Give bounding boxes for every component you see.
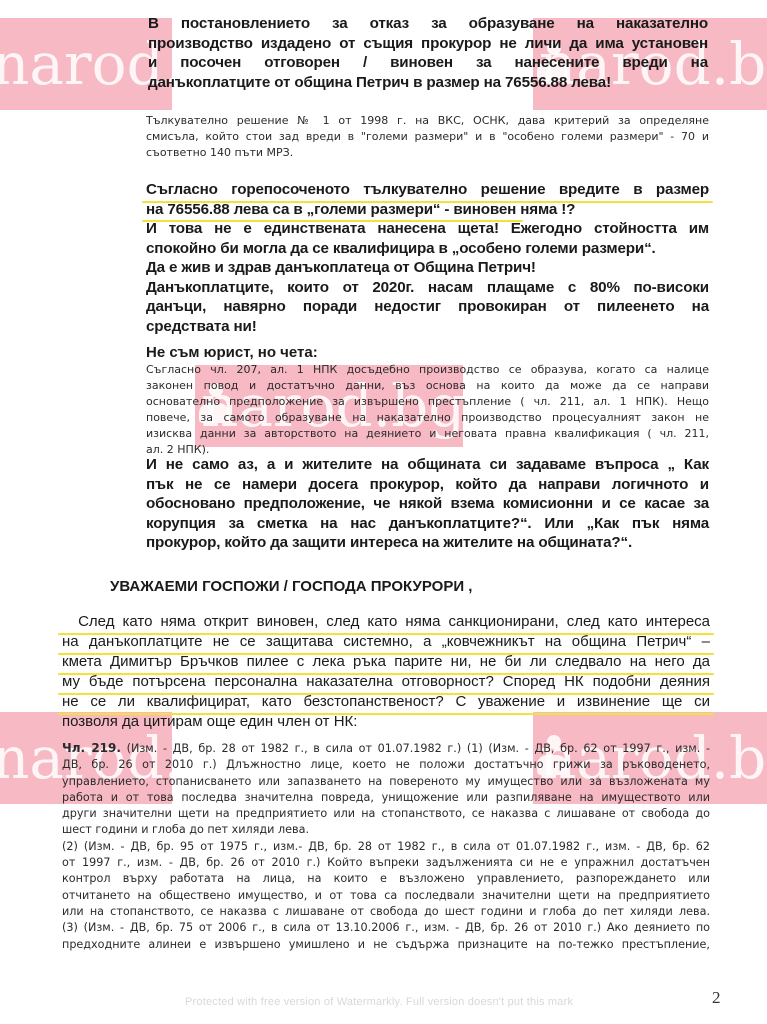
text-line: корупция за сметка на нас данъкоплатците… (146, 514, 709, 534)
highlighted-line: Съгласно горепосоченото тълкувателно реш… (146, 180, 709, 200)
text-line: други значителни щети на предприятието и… (62, 806, 710, 822)
text-line: прокурор, който да защити интереса на жи… (146, 533, 709, 553)
text-line: ДВ, бр. 26 от 2010 г.) Длъжностно лице, … (62, 757, 710, 773)
damages-paragraph: Съгласно горепосоченото тълкувателно реш… (146, 180, 709, 336)
text-line: съответно 140 пъти МРЗ. (146, 145, 709, 161)
text-line: спокойно би могла да се квалифицира в „о… (146, 239, 709, 259)
text-line: шест години и глоба до пет хиляди лева. (62, 822, 710, 838)
highlighted-line: не се ли квалифицират, като безстопанств… (62, 692, 710, 712)
text-line: смисъла, който стои зад вреди в "големи … (146, 129, 709, 145)
text-line: законен повод и достатъчно данни, въз ос… (146, 378, 709, 394)
intro-paragraph: В постановлението за отказ за образуване… (148, 14, 708, 92)
section-heading: Не съм юрист, но чета: (146, 343, 709, 362)
text-line: данъци, навярно поради недостиг провокир… (146, 297, 709, 317)
highlighted-line: на 76556.88 лева са в „големи размери“ -… (146, 200, 519, 220)
text-line: позволя да цитирам още един член от НК: (62, 712, 710, 732)
text-line: повече, за самото образуване на наказате… (146, 410, 709, 426)
appeal-paragraph: След като няма открит виновен, след като… (62, 612, 710, 732)
lawyer-section: Не съм юрист, но чета: Съгласно чл. 207,… (146, 343, 709, 458)
text-line: (Изм. - ДВ, бр. 28 от 1982 г., в сила от… (121, 742, 710, 755)
text-line: работа и от това последва значителна пов… (62, 790, 710, 806)
article-219-quote: Чл. 219. (Изм. - ДВ, бр. 28 от 1982 г., … (62, 740, 710, 953)
text-line: контрол върху работата на лица, на които… (62, 871, 710, 887)
text-line: средствата ни! (146, 317, 709, 337)
interpretive-decision-quote: Тълкувателно решение № 1 от 1998 г. на В… (146, 113, 709, 161)
text-line: обосновано предположение, че някой взема… (146, 494, 709, 514)
text-line: предходните алинеи е извършено умишлено … (62, 937, 710, 953)
text-line: Тълкувателно решение № 1 от 1998 г. на В… (146, 113, 709, 129)
text-line: Данъкоплатците, които от 2020г. насам пл… (146, 278, 709, 298)
highlighted-line: му бъде потърсена персонална наказателна… (62, 672, 710, 692)
question-paragraph: И не само аз, а и жителите на общината с… (146, 455, 709, 553)
article-label: Чл. 219. (62, 741, 121, 755)
text-line: пък не се намери досега прокурор, който … (146, 475, 709, 495)
watermarkly-notice: Protected with free version of Watermark… (185, 996, 573, 1008)
text-line: Да е жив и здрав данъкоплатеца от Община… (146, 258, 709, 278)
text-line: отчитането на обществено имущество, и от… (62, 888, 710, 904)
text-line: или на стопанството, се наказва с лишава… (62, 904, 710, 920)
text-line: данъкоплатците от община Петрич в размер… (148, 73, 708, 93)
text-line: В постановлението за отказ за образуване… (148, 14, 708, 34)
text-line: (3) (Изм. - ДВ, бр. 75 от 2006 г., в сил… (62, 920, 710, 936)
highlighted-line: на данъкоплатците не се защитава системн… (62, 632, 710, 652)
salutation-heading: УВАЖАЕМИ ГОСПОЖИ / ГОСПОДА ПРОКУРОРИ , (110, 578, 472, 595)
highlighted-line: кмета Димитър Бръчков пилее с лека ръка … (62, 652, 710, 672)
text-line: (2) (Изм. - ДВ, бр. 95 от 1975 г., изм.-… (62, 839, 710, 855)
text-line: основателно предположение за извършено п… (146, 394, 709, 410)
text-line: изисква данни за авторството на деянието… (146, 426, 709, 442)
npk-quote: Съгласно чл. 207, ал. 1 НПК досъдебно пр… (146, 362, 709, 458)
text-layer: В постановлението за отказ за образуване… (0, 0, 767, 1024)
highlighted-line: След като няма открит виновен, след като… (62, 612, 710, 632)
page-number: 2 (712, 988, 721, 1008)
text-line: от 1997 г., изм. - ДВ, бр. 26 от 2010 г.… (62, 855, 710, 871)
text-line: управлението, стопанисването или запазва… (62, 774, 710, 790)
text-line: И не само аз, а и жителите на общината с… (146, 455, 709, 475)
text-line: и посочен отговорен / виновен за нанесен… (148, 53, 708, 73)
document-page: narod.bg narod.bg narod.bg narod.bg naro… (0, 0, 767, 1024)
text-line: производство издадено от същия прокурор … (148, 34, 708, 54)
text-line: Съгласно чл. 207, ал. 1 НПК досъдебно пр… (146, 362, 709, 378)
